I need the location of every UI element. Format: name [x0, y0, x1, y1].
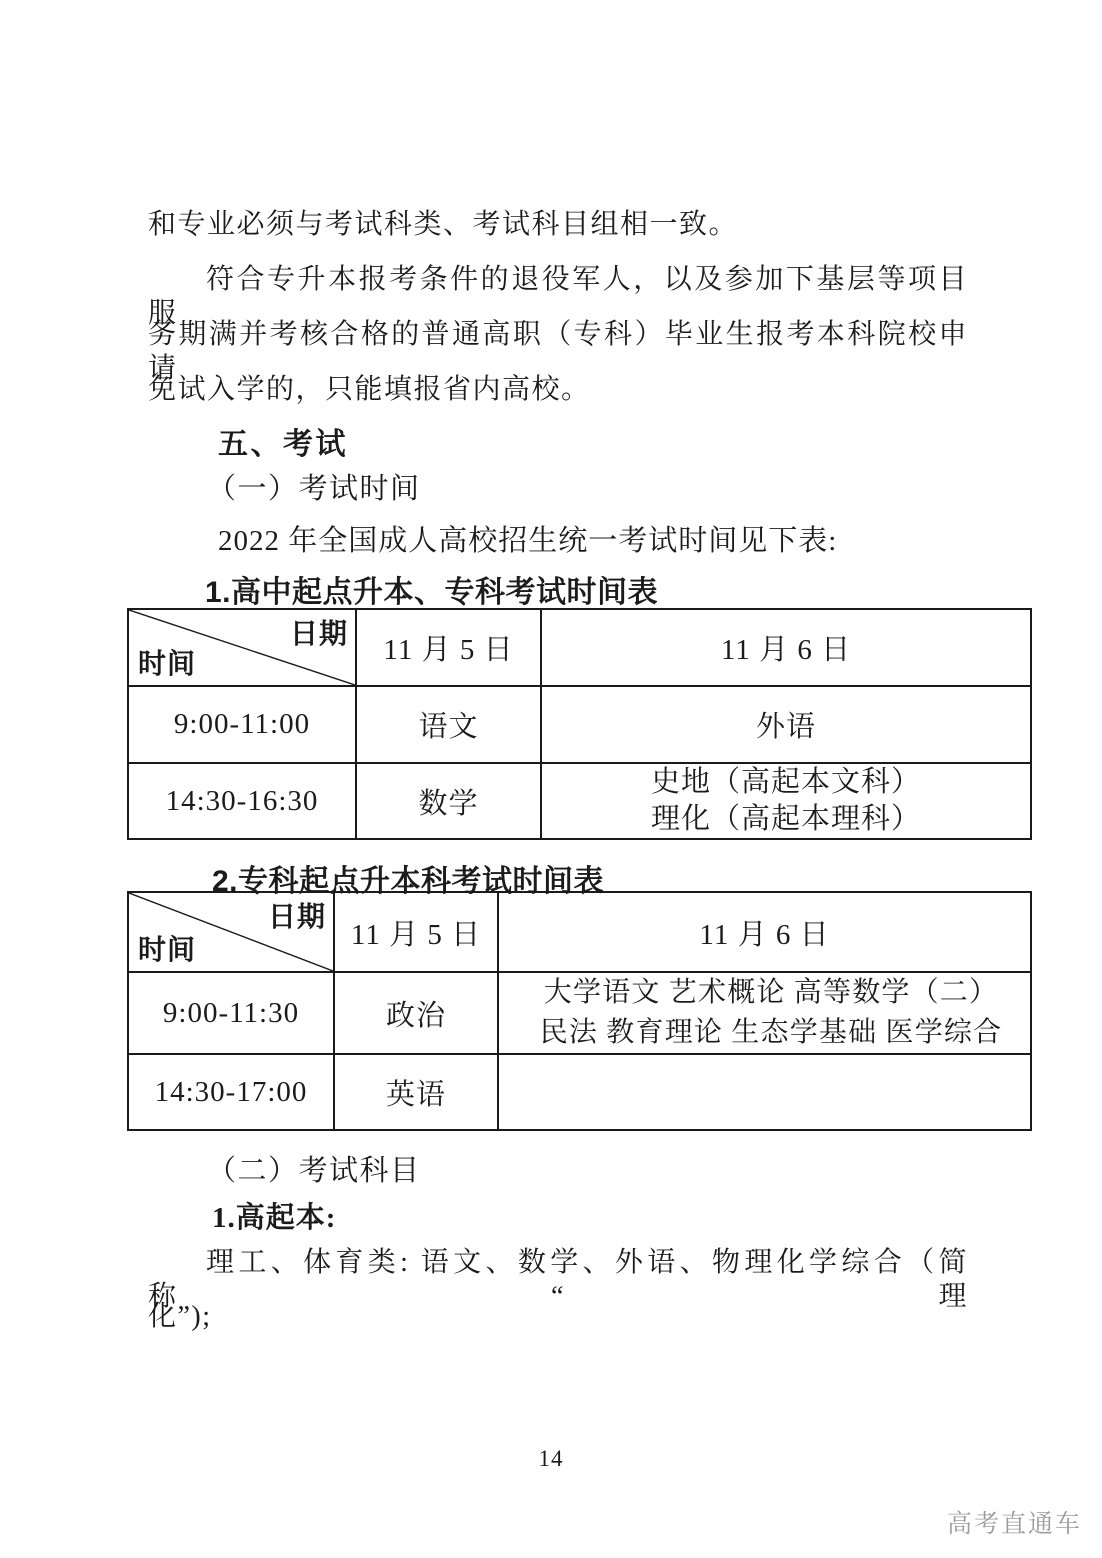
paragraph-line: 化”); — [148, 1300, 968, 1334]
college-start-exam-timetable: 日期 时间 11 月 5 日 11 月 6 日 9:00-11:30 政治 大学… — [127, 891, 1032, 1131]
subject-line: 理化（高起本理科） — [542, 801, 1030, 838]
subject-line: 民法 教育理论 生态学基础 医学综合 — [512, 1013, 1030, 1053]
subsection-heading-exam-time: （一）考试时间 — [207, 466, 421, 507]
hs-start-exam-timetable: 日期 时间 11 月 5 日 11 月 6 日 9:00-11:00 语文 外语… — [127, 608, 1032, 840]
cell-subject-day5: 语文 — [356, 686, 541, 763]
table-row: 14:30-17:00 英语 — [128, 1054, 1031, 1130]
cell-subject-day5: 英语 — [334, 1054, 498, 1130]
cell-subject-day5: 政治 — [334, 972, 498, 1054]
paragraph-line: 和专业必须与考试科类、考试科目组相一致。 — [148, 208, 968, 242]
table-row: 9:00-11:00 语文 外语 — [128, 686, 1031, 763]
cell-subject-day6: 外语 — [541, 686, 1031, 763]
subject-line: 大学语文 艺术概论 高等数学（二） — [512, 973, 1030, 1013]
corner-time-label: 时间 — [138, 928, 196, 968]
cell-subject-day5: 数学 — [356, 763, 541, 839]
document-page: 和专业必须与考试科类、考试科目组相一致。 符合专升本报考条件的退役军人，以及参加… — [0, 0, 1102, 1558]
table-row: 14:30-16:30 数学 史地（高起本文科） 理化（高起本理科） — [128, 763, 1031, 839]
subsection-heading-exam-subjects: （二）考试科目 — [207, 1148, 421, 1189]
corner-cell: 日期 时间 — [128, 609, 356, 686]
intro-line: 2022 年全国成人高校招生统一考试时间见下表: — [218, 518, 837, 559]
table1-caption: 1.高中起点升本、专科考试时间表 — [205, 567, 658, 611]
cell-subject-day6-empty — [498, 1054, 1031, 1130]
cell-subject-day6: 大学语文 艺术概论 高等数学（二） 民法 教育理论 生态学基础 医学综合 — [498, 972, 1031, 1054]
cell-time: 9:00-11:00 — [128, 686, 356, 763]
column-header-nov5: 11 月 5 日 — [334, 892, 498, 972]
page-number: 14 — [0, 1446, 1102, 1472]
cell-time: 14:30-17:00 — [128, 1054, 334, 1130]
watermark: 高考直通车 — [947, 1504, 1082, 1540]
corner-date-label: 日期 — [290, 612, 348, 652]
table-header-row: 日期 时间 11 月 5 日 11 月 6 日 — [128, 609, 1031, 686]
section-heading: 五、考试 — [218, 419, 348, 463]
paragraph-line: 免试入学的，只能填报省内高校。 — [148, 373, 968, 407]
cell-time: 14:30-16:30 — [128, 763, 356, 839]
column-header-nov6: 11 月 6 日 — [498, 892, 1031, 972]
corner-date-label: 日期 — [268, 895, 326, 935]
subject-line: 史地（高起本文科） — [542, 764, 1030, 801]
item-heading-gaoqiben: 1.高起本: — [212, 1195, 336, 1236]
table-header-row: 日期 时间 11 月 5 日 11 月 6 日 — [128, 892, 1031, 972]
cell-time: 9:00-11:30 — [128, 972, 334, 1054]
column-header-nov6: 11 月 6 日 — [541, 609, 1031, 686]
corner-cell: 日期 时间 — [128, 892, 334, 972]
cell-subject-day6: 史地（高起本文科） 理化（高起本理科） — [541, 763, 1031, 839]
corner-time-label: 时间 — [138, 642, 196, 682]
table-row: 9:00-11:30 政治 大学语文 艺术概论 高等数学（二） 民法 教育理论 … — [128, 972, 1031, 1054]
column-header-nov5: 11 月 5 日 — [356, 609, 541, 686]
